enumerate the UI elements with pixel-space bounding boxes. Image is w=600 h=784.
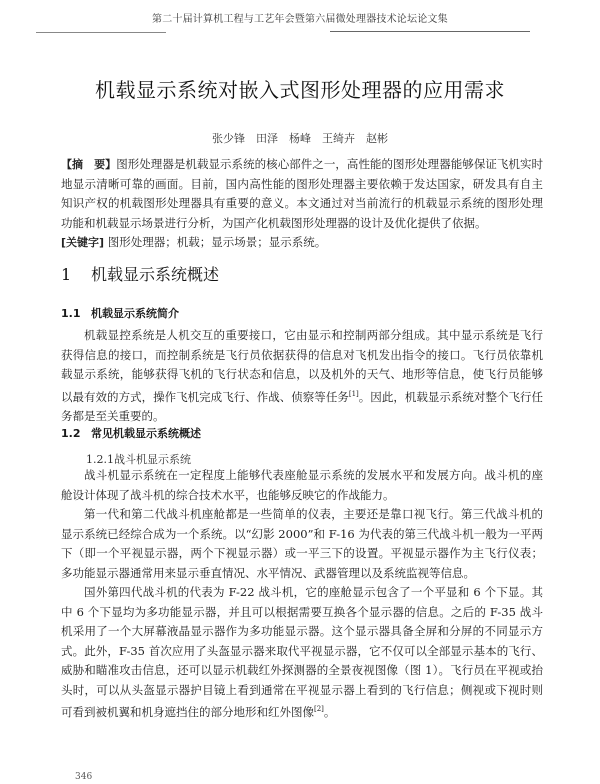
header-rule-left (36, 32, 166, 33)
paper-authors: 张少锋 田泽 杨峰 王绮卉 赵彬 (0, 130, 600, 146)
section-number: 1.2.1 (86, 453, 114, 466)
section-number: 1.1 (61, 307, 91, 320)
section-number: 1.2 (61, 427, 91, 440)
running-title: 第二十届计算机工程与工艺年会暨第六届微处理器技术论坛论文集 (152, 10, 448, 25)
running-header: 第二十届计算机工程与工艺年会暨第六届微处理器技术论坛论文集 (0, 8, 600, 28)
section-title: 常见机载显示系统概述 (91, 427, 201, 440)
paragraph: 第一代和第二代战斗机座舱都是一些简单的仪表，主要还是靠口视飞行。第三代战斗机的显… (61, 505, 543, 583)
keywords-label: [关键字] (61, 236, 104, 249)
section-heading-1-2: 1.2常见机载显示系统概述 (61, 425, 201, 441)
section-heading-1-2-1: 1.2.1战斗机显示系统 (86, 451, 191, 467)
section-1-1-body: 机载显控系统是人机交互的重要接口，它由显示和控制两部分组成。其中显示系统是飞行获… (61, 326, 543, 426)
abstract-label: 【摘 要】 (61, 158, 116, 171)
abstract: 【摘 要】图形处理器是机载显示系统的核心部件之一，高性能的图形处理器能够保证飞机… (61, 155, 543, 233)
citation: [1] (349, 390, 359, 398)
section-heading-1-1: 1.1机载显示系统简介 (61, 305, 179, 321)
keywords-text: 图形处理器；机载；显示场景；显示系统。 (108, 235, 327, 249)
section-number: 1 (61, 265, 91, 284)
header-rule-right (330, 31, 530, 32)
keywords: [关键字] 图形处理器；机载；显示场景；显示系统。 (61, 233, 543, 253)
paragraph: 战斗机显示系统在一定程度上能够代表座舱显示系统的发展水平和发展方向。战斗机的座舱… (61, 466, 543, 505)
section-heading-1: 1机载显示系统概述 (61, 262, 219, 285)
section-1-2-1-body: 战斗机显示系统在一定程度上能够代表座舱显示系统的发展水平和发展方向。战斗机的座舱… (61, 466, 543, 722)
section-title: 机载显示系统简介 (91, 307, 179, 320)
paragraph-text-end: 。 (324, 705, 336, 719)
abstract-text: 图形处理器是机载显示系统的核心部件之一，高性能的图形处理器能够保证飞机实时地显示… (61, 157, 543, 230)
paragraph: 机载显控系统是人机交互的重要接口，它由显示和控制两部分组成。其中显示系统是飞行获… (61, 326, 543, 426)
abstract-block: 【摘 要】图形处理器是机载显示系统的核心部件之一，高性能的图形处理器能够保证飞机… (61, 155, 543, 253)
section-title: 机载显示系统概述 (91, 265, 219, 284)
citation: [2] (314, 705, 324, 713)
paragraph-text: 国外第四代战斗机的代表为 F-22 战斗机，它的座舱显示包含了一个平显和 6 个… (61, 585, 543, 719)
paragraph: 国外第四代战斗机的代表为 F-22 战斗机，它的座舱显示包含了一个平显和 6 个… (61, 583, 543, 722)
paper-title: 机载显示系统对嵌入式图形处理器的应用需求 (0, 74, 600, 103)
section-title: 战斗机显示系统 (114, 453, 191, 466)
page-number: 346 (75, 772, 92, 782)
